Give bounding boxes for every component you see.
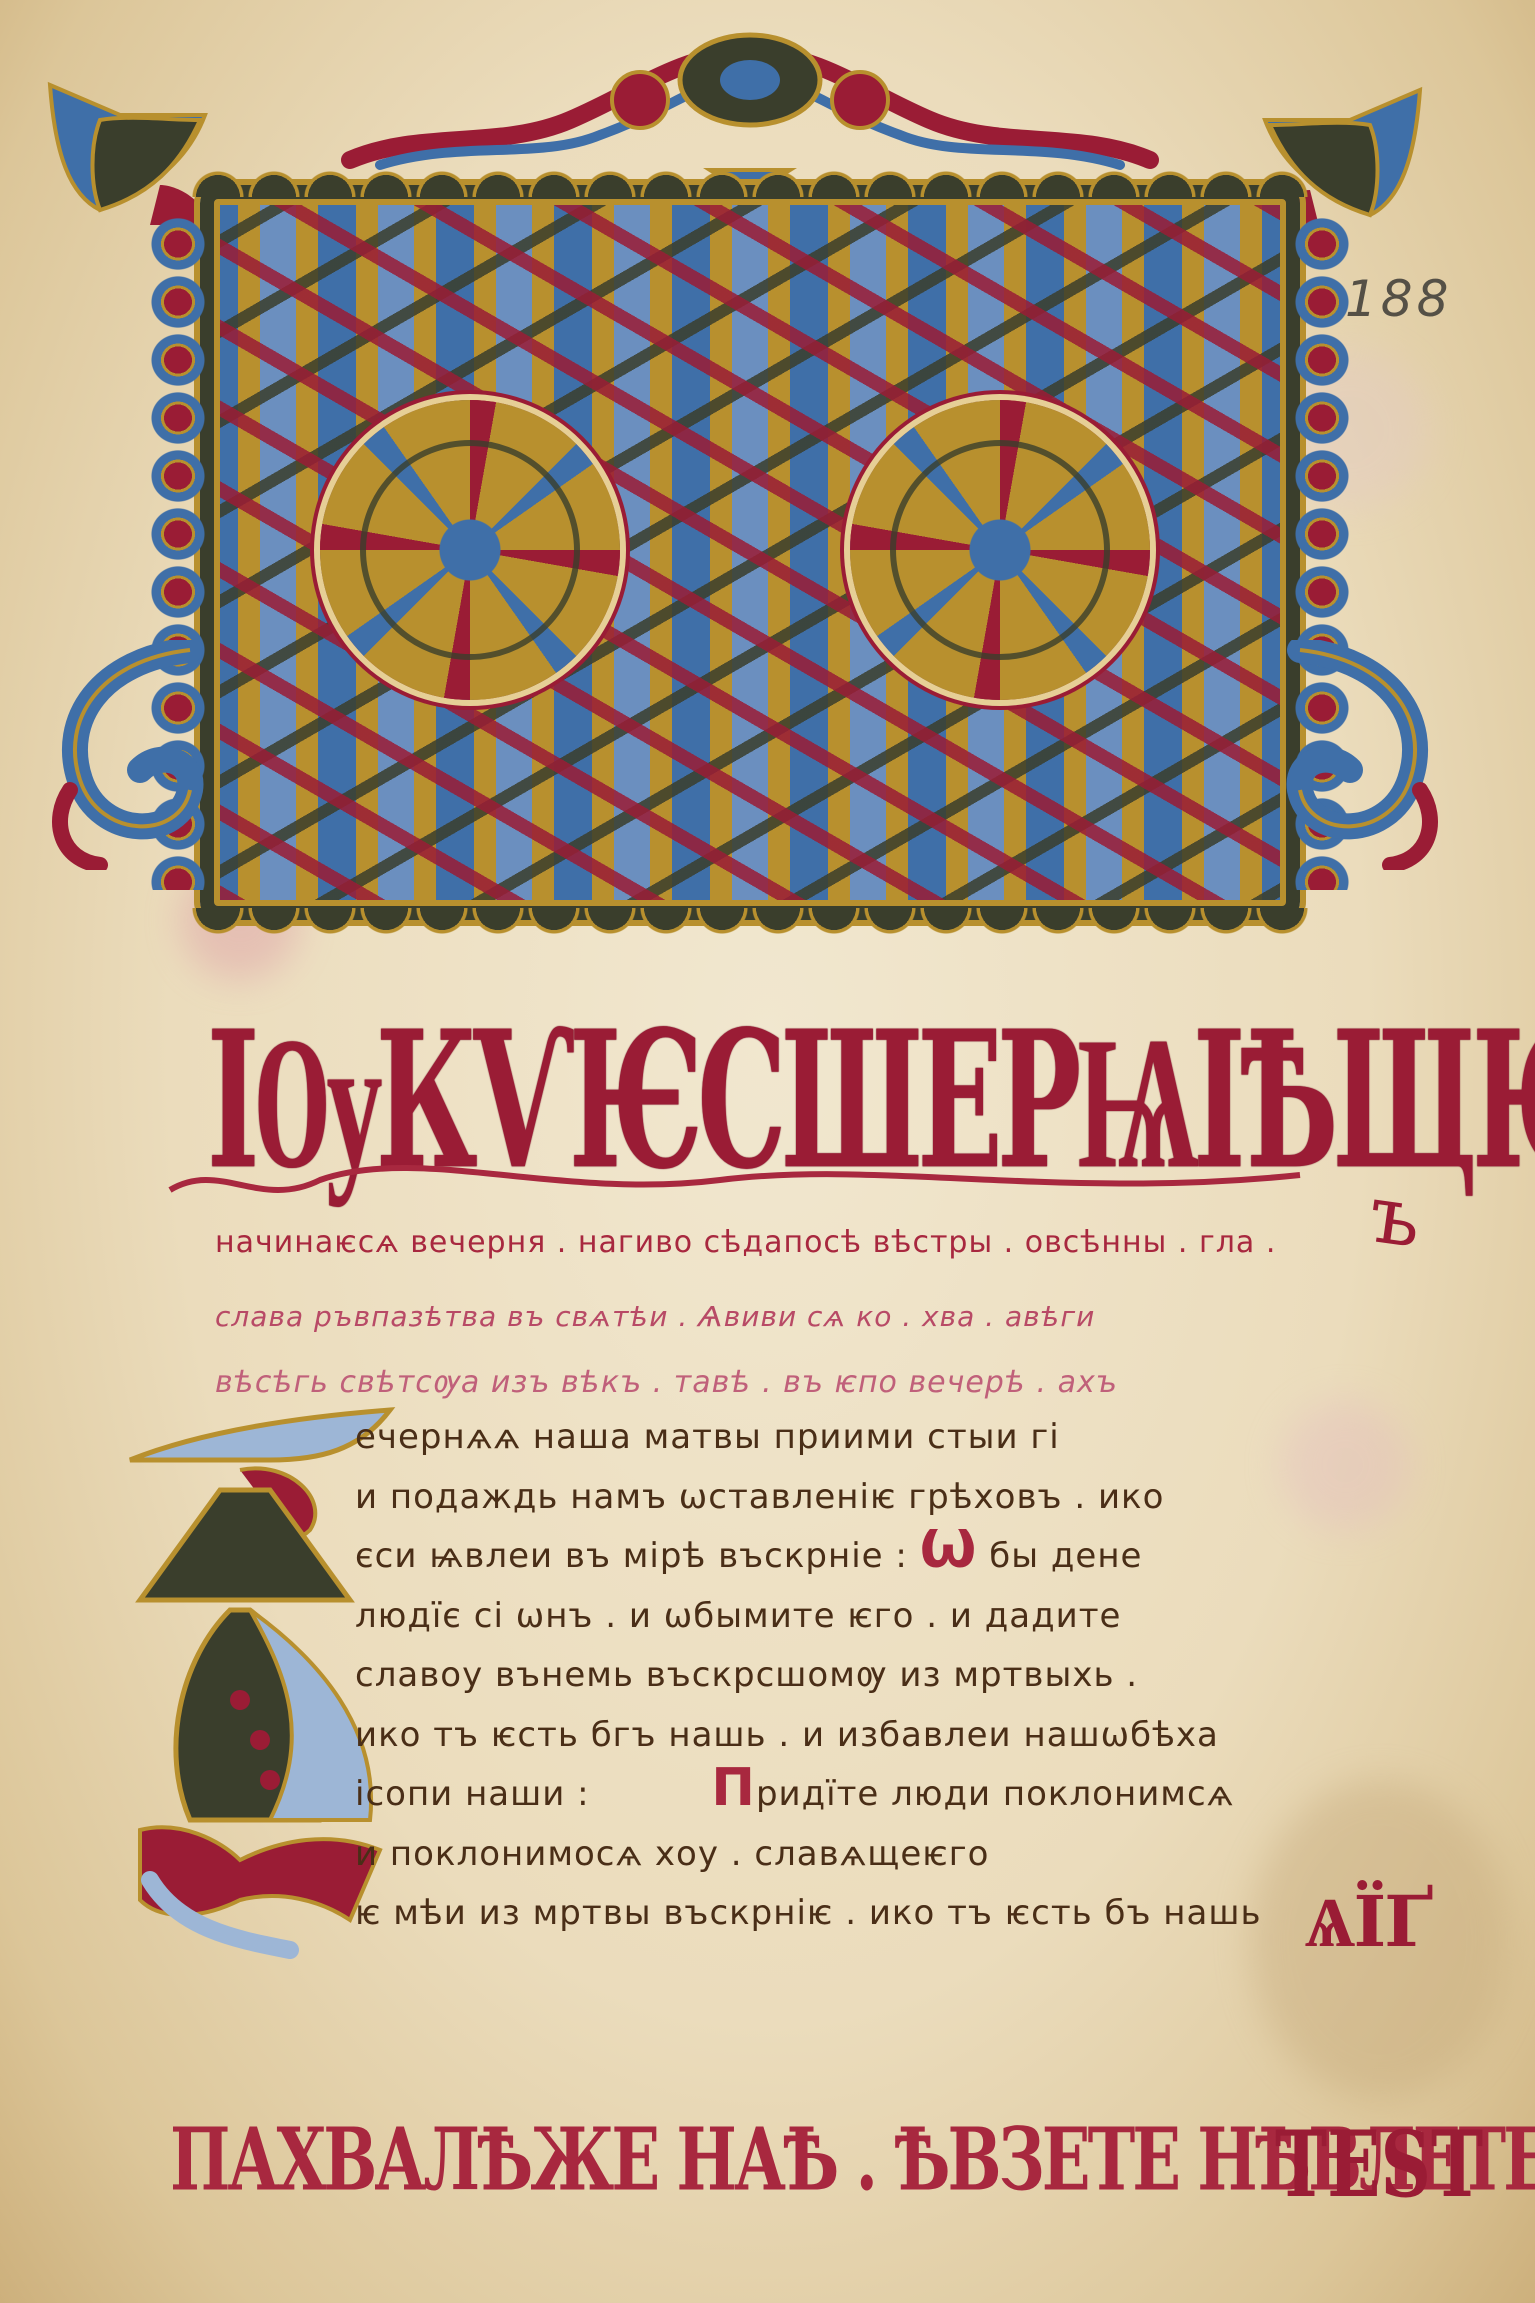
- body-line: людїє сі ѡнъ . и ѡбымите ѥго . и дадите: [355, 1587, 1255, 1647]
- corner-leaf-ornament-left: [40, 75, 210, 225]
- title-glyph: Щ: [1333, 1006, 1472, 1195]
- body-line-text: ісопи наши :: [355, 1774, 601, 1814]
- manuscript-page: 188 І Ѹ К Ѵ Ѥ С Ш Е Р Ѩ І Ѣ Щ Ѥ Г Н начи…: [0, 0, 1535, 2303]
- body-line: и поклонимосѧ хоу . славѧщеѥго: [355, 1825, 1255, 1885]
- rosette-roundel-right: [850, 400, 1150, 700]
- scroll-terminal-right: [1280, 640, 1450, 870]
- body-line: ечернѧѧ наша матвы приими стыи гі: [355, 1408, 1255, 1468]
- folio-number: 188: [1345, 270, 1452, 328]
- body-line-text: єси ѩвлеи въ мірѣ въскрніе :: [355, 1536, 920, 1576]
- body-line: и подаждь намъ ѡставленіѥ грѣховъ . ико: [355, 1468, 1255, 1528]
- body-line: славоу вънемь въскрсшомѹ из мртвыхь .: [355, 1646, 1255, 1706]
- rosette-roundel-left: [320, 400, 620, 700]
- rubric-line: вѣсѣгь свѣтсѹа изъ вѣкъ . тавѣ . въ ѥпо …: [215, 1365, 1275, 1400]
- rubric-line: слава ръвпазѣтва въ свѧтѣи . Ѧвиви сѧ ко…: [215, 1300, 1275, 1333]
- title-glyph: Ѥ: [1472, 1006, 1535, 1195]
- body-line: ико тъ ѥсть бгъ нашь . и избавлеи нашѡбѣ…: [355, 1706, 1255, 1766]
- red-capital: П: [711, 1758, 756, 1818]
- body-line-text: бы дене: [977, 1536, 1142, 1576]
- rubric-line: начинаѥсѧ вечерня . нагиво сѣдапосѣ вѣст…: [215, 1225, 1275, 1260]
- body-text: ечернѧѧ наша матвы приими стыи гі и пода…: [355, 1408, 1255, 1944]
- body-line-text: ридїте люди поклонимсѧ: [756, 1774, 1234, 1814]
- red-capital: Ѡ: [920, 1520, 978, 1580]
- headpiece-scallop-border-top: [190, 137, 1310, 197]
- margin-mark-bottom-corner: ТЕЅТ: [1275, 2110, 1483, 2218]
- scroll-terminal-left: [40, 640, 210, 870]
- body-line: ѥ мѣи из мртвы въскрніѥ . ико тъ ѥсть бъ…: [355, 1884, 1255, 1944]
- ornamental-headpiece: [200, 185, 1300, 920]
- stain: [1280, 1400, 1410, 1530]
- bottom-rubric-vyaz: ПАХВАЛѢЖЕ НАѢ . ѢВЗЕТЕ НѢВЛЕТЕВЕЗЕ ЕЧАГЕ…: [170, 2110, 1270, 2211]
- body-line: єси ѩвлеи въ мірѣ въскрніе : Ѡ бы дене: [355, 1527, 1255, 1587]
- margin-mark-bottom-right: ѦЇҐ: [1305, 1880, 1431, 1964]
- title-flourish: [160, 1150, 1310, 1220]
- body-line: ісопи наши : Придїте люди поклонимсѧ: [355, 1765, 1255, 1825]
- headpiece-scallop-border-bottom: [190, 908, 1310, 968]
